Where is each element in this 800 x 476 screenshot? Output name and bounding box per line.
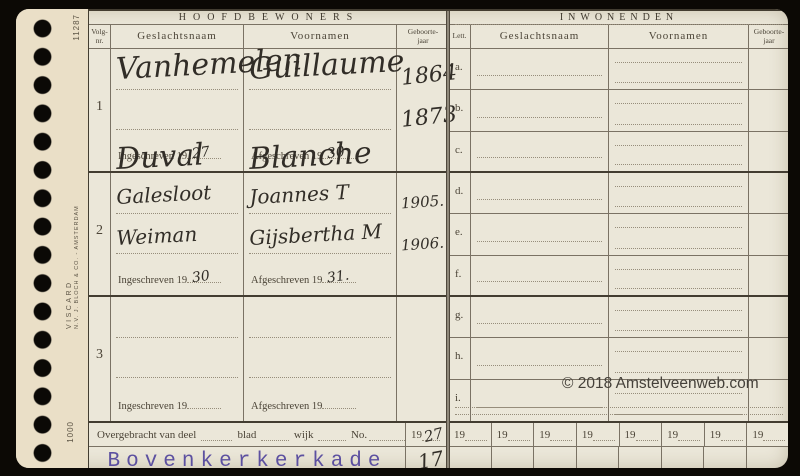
- street-name-stamp: Bovenkerkerkade: [89, 447, 406, 468]
- lodger-row-f: f.: [449, 256, 788, 297]
- lodger-row-c: c.: [449, 132, 788, 173]
- section-divider: [446, 11, 450, 468]
- house-number-entry: 17: [416, 446, 445, 468]
- volgnummer: 2: [89, 223, 110, 239]
- year-cell: 19: [577, 423, 620, 446]
- firstnames-entry: Guillaume: [248, 44, 405, 87]
- resident-block-2: 2 Galesloot Weiman Ingeschreven 1930 Joa…: [89, 173, 449, 297]
- year-cell: 19: [747, 423, 788, 446]
- firstnames-entry: Blanche: [248, 136, 372, 177]
- surname-entry: Galesloot: [116, 180, 212, 209]
- hoofdbewoners-title: HOOFDBEWONERS: [89, 11, 449, 25]
- col-voornamen: Voornamen: [609, 25, 749, 48]
- address-row: Bovenkerkerkade 17: [89, 447, 788, 468]
- ingeschreven-year: 30: [191, 268, 211, 286]
- year-cell: 19: [492, 423, 535, 446]
- lodger-row-h: h.: [449, 338, 788, 379]
- col-volgnr: Volg- nr.: [89, 25, 111, 48]
- ingeschreven-field: Ingeschreven 19: [118, 399, 221, 412]
- lodger-row-e: e.: [449, 214, 788, 255]
- volgnummer: 1: [89, 99, 110, 115]
- lodger-row-b: b.: [449, 90, 788, 131]
- brand-name: VISCARD: [66, 179, 73, 329]
- year-cell: 19: [620, 423, 663, 446]
- firstnames-entry: Joannes T: [249, 180, 350, 209]
- year-cell: 19: [449, 423, 492, 446]
- printer-name: N.V. J. BLOCH & CO. - AMSTERDAM: [74, 179, 80, 329]
- year-cell: 19: [534, 423, 577, 446]
- afgeschreven-year: 31.: [326, 268, 350, 287]
- col-geslachtsnaam: Geslachtsnaam: [111, 25, 244, 48]
- printer-imprint: VISCARD N.V. J. BLOCH & CO. - AMSTERDAM: [66, 179, 80, 329]
- copyright-watermark: © 2018 Amstelveenweb.com: [562, 375, 759, 393]
- ingeschreven-year: 27: [191, 144, 211, 162]
- lodger-row-a: a.: [449, 49, 788, 90]
- card-serial-number: 11287: [72, 14, 81, 41]
- col-geslachtsnaam: Geslachtsnaam: [471, 25, 609, 48]
- inwonenden-header: Lett. Geslachtsnaam Voornamen Geboorte- …: [449, 25, 788, 49]
- col-lett: Lett.: [449, 25, 471, 48]
- print-run-number: 1000: [66, 421, 75, 443]
- volgnummer: 3: [89, 347, 110, 363]
- punch-holes: [33, 19, 52, 468]
- lodger-row-d: d.: [449, 173, 788, 214]
- col-geboortejaar: Geboorte- jaar: [397, 25, 449, 48]
- punch-strip: 11287 VISCARD N.V. J. BLOCH & CO. - AMST…: [16, 9, 88, 468]
- firstnames-entry: Gijsbertha M: [249, 219, 383, 250]
- surname-entry: Duval: [115, 137, 205, 177]
- lodger-row-g: g.: [449, 297, 788, 338]
- afgeschreven-field: Afgeschreven 19: [251, 399, 356, 412]
- resident-block-1: 1 Vanhemelen Duval Ingeschreven 1927 Gui…: [89, 49, 449, 173]
- birth-year-entry: 1906.: [400, 234, 444, 255]
- afgeschreven-year: 30: [326, 144, 346, 162]
- transfer-year-cell: 1927: [406, 423, 449, 446]
- year-cell: 19: [662, 423, 705, 446]
- transfer-year-entry: 27: [422, 424, 445, 446]
- register-card: 11287 VISCARD N.V. J. BLOCH & CO. - AMST…: [16, 9, 788, 468]
- ingeschreven-field: Ingeschreven 1930: [118, 273, 221, 286]
- resident-block-3: 3 Ingeschreven 19 Afgeschreven 19: [89, 297, 449, 421]
- surname-entry: Weiman: [116, 222, 198, 250]
- scanned-register-card-scene: 11287 VISCARD N.V. J. BLOCH & CO. - AMST…: [0, 0, 800, 476]
- birth-year-entry: 1905.: [400, 192, 444, 213]
- hoofdbewoners-section: HOOFDBEWONERS Volg- nr. Geslachtsnaam Vo…: [89, 11, 449, 421]
- transfer-row: Overgebracht van deel blad wijk No. 1927…: [89, 421, 788, 447]
- inwonenden-title: INWONENDEN: [449, 11, 788, 25]
- col-geboortejaar: Geboorte- jaar: [749, 25, 788, 48]
- house-number-cell: 17: [406, 447, 449, 468]
- transfer-origin-field: Overgebracht van deel blad wijk No.: [89, 423, 406, 446]
- inwonenden-section: INWONENDEN Lett. Geslachtsnaam Voornamen…: [449, 11, 788, 421]
- register-table: HOOFDBEWONERS Volg- nr. Geslachtsnaam Vo…: [88, 9, 788, 468]
- afgeschreven-field: Afgeschreven 1931.: [251, 273, 356, 286]
- year-cell: 19: [705, 423, 748, 446]
